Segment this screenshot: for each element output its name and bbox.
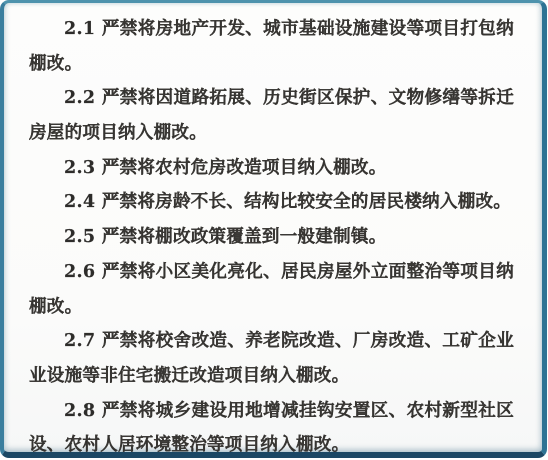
doc-line: 2.4 严禁将房龄不长、结构比较安全的居民楼纳入棚改。 bbox=[29, 185, 514, 220]
doc-line: 2.3 严禁将农村危房改造项目纳入棚改。 bbox=[29, 151, 514, 186]
doc-line: 房屋的项目纳入棚改。 bbox=[29, 116, 514, 151]
document-frame: 2.1 严禁将房地产开发、城市基础设施建设等项目打包纳入 棚改。 2.2 严禁将… bbox=[0, 0, 547, 458]
doc-line: 2.2 严禁将因道路拓展、历史街区保护、文物修缮等拆迁改造 bbox=[29, 81, 514, 116]
doc-item-2-5: 2.5 严禁将棚改政策覆盖到一般建制镇。 bbox=[29, 220, 514, 255]
doc-item-2-7: 2.7 严禁将校舍改造、养老院改造、厂房改造、工矿企业和商 业设施等非住宅搬迁改… bbox=[29, 324, 514, 393]
doc-item-2-2: 2.2 严禁将因道路拓展、历史街区保护、文物修缮等拆迁改造 房屋的项目纳入棚改。 bbox=[29, 81, 514, 150]
doc-item-2-8: 2.8 严禁将城乡建设用地增减挂钩安置区、农村新型社区建 设、农村人居环境整治等… bbox=[29, 394, 514, 460]
doc-line: 设、农村人居环境整治等项目纳入棚改。 bbox=[29, 428, 514, 460]
scanned-document-screenshot: 2.1 严禁将房地产开发、城市基础设施建设等项目打包纳入 棚改。 2.2 严禁将… bbox=[0, 0, 548, 460]
doc-line: 棚改。 bbox=[29, 290, 514, 325]
doc-item-2-6: 2.6 严禁将小区美化亮化、居民房屋外立面整治等项目纳入 棚改。 bbox=[29, 255, 514, 324]
doc-line: 2.8 严禁将城乡建设用地增减挂钩安置区、农村新型社区建 bbox=[29, 394, 514, 429]
doc-item-2-3: 2.3 严禁将农村危房改造项目纳入棚改。 bbox=[29, 151, 514, 186]
doc-line: 业设施等非住宅搬迁改造项目纳入棚改。 bbox=[29, 359, 514, 394]
doc-line: 2.1 严禁将房地产开发、城市基础设施建设等项目打包纳入 bbox=[29, 12, 514, 47]
doc-line: 2.5 严禁将棚改政策覆盖到一般建制镇。 bbox=[29, 220, 514, 255]
doc-item-2-1: 2.1 严禁将房地产开发、城市基础设施建设等项目打包纳入 棚改。 bbox=[29, 12, 514, 81]
doc-line: 棚改。 bbox=[29, 47, 514, 82]
doc-item-2-4: 2.4 严禁将房龄不长、结构比较安全的居民楼纳入棚改。 bbox=[29, 185, 514, 220]
doc-line: 2.6 严禁将小区美化亮化、居民房屋外立面整治等项目纳入 bbox=[29, 255, 514, 290]
doc-line: 2.7 严禁将校舍改造、养老院改造、厂房改造、工矿企业和商 bbox=[29, 324, 514, 359]
document-page: 2.1 严禁将房地产开发、城市基础设施建设等项目打包纳入 棚改。 2.2 严禁将… bbox=[8, 6, 536, 444]
